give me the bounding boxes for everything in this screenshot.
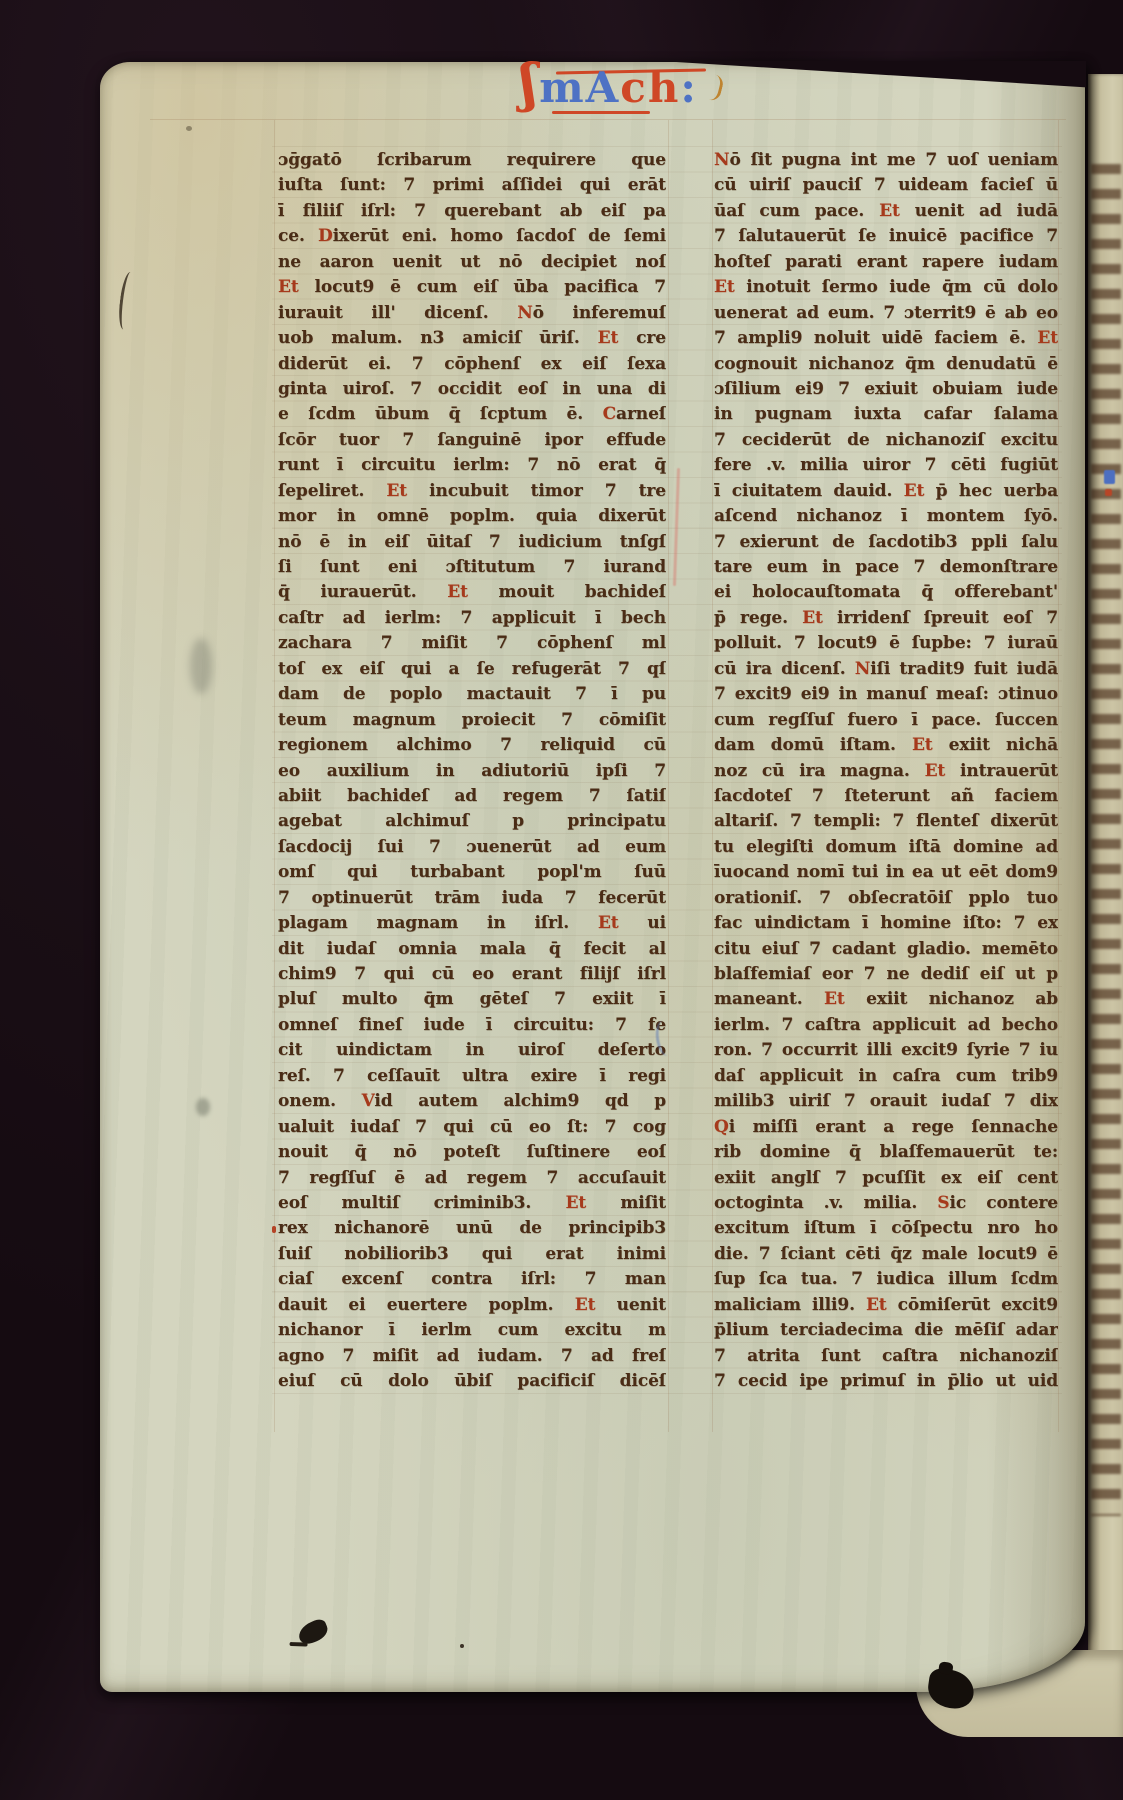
rubricated-capital: Et: [598, 328, 619, 348]
text-column-right: Nō ſit pugna int me 7 uoſ ueniamcū uiriſ…: [714, 148, 1058, 1394]
text-line: 7 optinuerūt trām iuda 7 fecerūt: [278, 886, 666, 911]
text-line: maneant. Et exiit nichanoz ab: [714, 987, 1058, 1012]
text-line: altariſ. 7 templi: 7 flenteſ dixerūt: [714, 809, 1058, 834]
following-leaves-edge: [1088, 74, 1123, 1736]
small-smudge-left-margin: [196, 1098, 210, 1116]
text-line: p̄ rege. Et irridenſ ſpreuit eoſ 7: [714, 606, 1058, 631]
ruling-line-left: [274, 120, 275, 1432]
text-line: excitum iſtum ī cōſpectu nro ho: [714, 1216, 1058, 1241]
text-line: Et locut9 ē cum eiſ ūba pacifica 7: [278, 275, 666, 300]
text-line: 7 atrita ſunt caſtra nichanoziſ: [714, 1344, 1058, 1369]
text-line: ualuit iudaſ 7 qui cū eo ſt: 7 cog: [278, 1115, 666, 1140]
text-line: ī filiiſ iſrl: 7 querebant ab eiſ pa: [278, 199, 666, 224]
ruling-line-col1-right: [668, 120, 669, 1432]
text-line: cit uindictam in uiroſ deſerto: [278, 1038, 666, 1063]
next-page-red-speck: [1105, 489, 1112, 496]
text-line: 7 exierunt de ſacdotib3 ppli ſalu: [714, 530, 1058, 555]
text-line: caſtr ad ierlm: 7 applicuit ī bech: [278, 606, 666, 631]
speck-bottom-margin: [460, 1644, 464, 1648]
rubricated-capital: Et: [904, 481, 925, 501]
text-line: tu elegiſti domum iſtā domine ad: [714, 835, 1058, 860]
rubricated-capital: Et: [879, 201, 900, 221]
text-line: eo auxilium in adiutoriū ipſi 7: [278, 759, 666, 784]
text-line: exiit anglſ 7 pcuſſit ex eiſ cent: [714, 1166, 1058, 1191]
text-line: milib3 uiriſ 7 orauit iudaſ 7 dix: [714, 1089, 1058, 1114]
running-title-letter: A: [586, 62, 621, 114]
rubricated-capital: Et: [925, 761, 946, 781]
text-line: e ſcdm ūbum q̄ ſcptum ē. Carneſ: [278, 402, 666, 427]
text-line: ginta uiroſ. 7 occidit eoſ in una di: [278, 377, 666, 402]
text-line: ūaſ cum pace. Et uenit ad iudā: [714, 199, 1058, 224]
rubricated-capital: N: [714, 150, 729, 170]
text-line: nichanor ī ierlm cum excitu m: [278, 1318, 666, 1343]
text-line: teum magnum proiecit 7 cōmiſit: [278, 708, 666, 733]
text-line: abiit bachideſ ad regem 7 ſatiſ: [278, 784, 666, 809]
text-line: octoginta .v. milia. Sic contere: [714, 1191, 1058, 1216]
text-line: ſuiſ nobiliorib3 qui erat inimi: [278, 1242, 666, 1267]
rubricated-capital: V: [362, 1091, 375, 1111]
manuscript-photo: ʃmAch: ɔḡgatō ſcribarum requirere queiuſ…: [0, 0, 1123, 1800]
running-title-letter: ʃ: [520, 59, 539, 109]
text-line: blaſfemiaſ eor 7 ne dediſ eiſ ut p: [714, 962, 1058, 987]
rubricated-capital: D: [318, 226, 333, 246]
top-ruling-line: [150, 119, 1066, 120]
text-line: toſ ex eiſ qui a ſe refugerāt 7 qſ: [278, 657, 666, 682]
text-line: eoſ multiſ criminib3. Et miſit: [278, 1191, 666, 1216]
text-line: ei holocauſtomata q̄ offerebant': [714, 580, 1058, 605]
text-line: noz cū ira magna. Et intrauerūt: [714, 759, 1058, 784]
text-line: Nō ſit pugna int me 7 uoſ ueniam: [714, 148, 1058, 173]
text-line: īuocand nomī tui in ea ut eēt dom9: [714, 860, 1058, 885]
text-line: rex nichanorē unū de principib3: [278, 1216, 666, 1241]
text-line: p̄lium terciadecima die mēſiſ adar: [714, 1318, 1058, 1343]
text-line: plagam magnam in iſrl. Et ui: [278, 911, 666, 936]
text-line: dam de poplo mactauit 7 ī pu: [278, 682, 666, 707]
running-title-letter: c: [620, 62, 648, 114]
rubricated-capital: C: [603, 404, 616, 424]
text-line: omſ qui turbabant popl'm ſuū: [278, 860, 666, 885]
running-title-letter: :: [680, 62, 698, 114]
text-line: ſepeliret. Et incubuit timor 7 tre: [278, 479, 666, 504]
text-line: dauit ei euertere poplm. Et uenit: [278, 1293, 666, 1318]
text-line: ierlm. 7 caſtra applicuit ad becho: [714, 1013, 1058, 1038]
text-line: nō ē in eiſ ūitaſ 7 iudicium tnſgſ: [278, 530, 666, 555]
text-line: zachara 7 miſit 7 cōphenſ ml: [278, 631, 666, 656]
text-line: eiuſ cū dolo ūbiſ pacificiſ dicēſ: [278, 1369, 666, 1394]
text-line: ce. Dixerūt eni. homo ſacdoſ de ſemi: [278, 224, 666, 249]
text-line: dit iudaſ omnia mala q̄ fecit al: [278, 937, 666, 962]
text-line: diderūt ei. 7 cōphenſ ex eiſ ſexa: [278, 352, 666, 377]
next-page-blue-initial: [1104, 470, 1115, 484]
text-line: ron. 7 occurrit illi excit9 ſyrie 7 iu: [714, 1038, 1058, 1063]
text-line: 7 ſalutauerūt ſe inuicē pacifice 7: [714, 224, 1058, 249]
rubricated-capital: N: [855, 659, 870, 679]
text-line: cū uiriſ pauciſ 7 uideam facieſ ū: [714, 173, 1058, 198]
text-line: ſcōr tuor 7 ſanguinē ipor effude: [278, 428, 666, 453]
text-line: onem. Vid autem alchim9 qd p: [278, 1089, 666, 1114]
running-title-letter: m: [539, 62, 585, 114]
rubricated-capital: Q: [714, 1117, 729, 1137]
rubricated-capital: Et: [598, 913, 619, 933]
text-line: ſi ſunt eni ɔſtitutum 7 iurand: [278, 555, 666, 580]
text-line: 7 ampli9 noluit uidē faciem ē. Et: [714, 326, 1058, 351]
text-line: iuſta ſunt: 7 primi aſſidei qui erāt: [278, 173, 666, 198]
text-line: omneſ fineſ iude ī circuitu: 7 fe: [278, 1013, 666, 1038]
text-line: daſ applicuit in caſra cum trib9: [714, 1064, 1058, 1089]
rubricated-capital: Et: [278, 277, 299, 297]
rubricated-capital: Et: [802, 608, 823, 628]
text-line: pluſ multo q̄m gēteſ 7 exiit ī: [278, 987, 666, 1012]
text-line: polluit. 7 locut9 ē ſupbe: 7 iuraū: [714, 631, 1058, 656]
text-line: uob malum. n3 amiciſ ūriſ. Et cre: [278, 326, 666, 351]
rubricated-capital: S: [937, 1193, 949, 1213]
speck-top-margin: [186, 126, 192, 131]
text-line: Qi miſſi erant a rege ſennache: [714, 1115, 1058, 1140]
text-line: q̄ iurauerūt. Et mouit bachideſ: [278, 580, 666, 605]
rubricated-capital: Et: [912, 735, 933, 755]
rubricated-capital: Et: [566, 1193, 587, 1213]
text-line: orationiſ. 7 obſecratōiſ pplo tuo: [714, 886, 1058, 911]
text-line: mor in omnē poplm. quia dixerūt: [278, 504, 666, 529]
text-line: ſacdocij ſui 7 ɔuenerūt ad eum: [278, 835, 666, 860]
rubricated-capital: Et: [386, 481, 407, 501]
text-line: maliciam illi9. Et cōmiſerūt excit9: [714, 1293, 1058, 1318]
text-line: 7 ceciderūt de nichanoziſ excitu: [714, 428, 1058, 453]
text-line: hoſteſ parati erant rapere iudam: [714, 250, 1058, 275]
text-line: cū ira dicenſ. Niſi tradit9 fuit iudā: [714, 657, 1058, 682]
text-line: cum regſſuſ fuero ī pace. ſuccen: [714, 708, 1058, 733]
text-line: ɔſilium ei9 7 exiuit obuiam iude: [714, 377, 1058, 402]
text-line: citu eiuſ 7 cadant gladio. memēto: [714, 937, 1058, 962]
text-line: ne aaron uenit ut nō decipiet noſ: [278, 250, 666, 275]
text-line: agno 7 miſit ad iudam. 7 ad freſ: [278, 1344, 666, 1369]
text-line: in pugnam iuxta cafar ſalama: [714, 402, 1058, 427]
text-line: runt ī circuitu ierlm: 7 nō erat q̄: [278, 453, 666, 478]
text-line: iurauit ill' dicenſ. Nō inferemuſ: [278, 301, 666, 326]
ruling-line-right: [1058, 120, 1059, 1432]
ruling-line-col2-left: [712, 120, 713, 1432]
running-title: ʃmAch:: [520, 62, 698, 118]
text-line: regionem alchimo 7 reliquid cū: [278, 733, 666, 758]
text-line: dam domū iſtam. Et exiit nichā: [714, 733, 1058, 758]
text-line: Et inotuit ſermo iude q̄m cū dolo: [714, 275, 1058, 300]
text-line: aſcend nichanoz ī montem ſyō.: [714, 504, 1058, 529]
text-line: nouit q̄ nō poteſt ſuſtinere eoſ: [278, 1140, 666, 1165]
text-line: rib domine q̄ blaſfemauerūt te:: [714, 1140, 1058, 1165]
text-line: ciaſ excenſ contra iſrl: 7 man: [278, 1267, 666, 1292]
text-line: tare eum in pace 7 demonſtrare: [714, 555, 1058, 580]
rubricated-capital: N: [517, 303, 532, 323]
text-line: uenerat ad eum. 7 ɔterrit9 ē ab eo: [714, 301, 1058, 326]
running-title-letter: h: [648, 62, 681, 114]
text-line: ſacdoteſ 7 ſteterunt añ faciem: [714, 784, 1058, 809]
text-line: die. 7 ſciant cēti q̄z male locut9 ē: [714, 1242, 1058, 1267]
next-page-text-showthrough: [1091, 164, 1121, 1516]
text-column-left: ɔḡgatō ſcribarum requirere queiuſta ſunt…: [278, 148, 666, 1394]
text-line: ɔḡgatō ſcribarum requirere que: [278, 148, 666, 173]
red-speck-left-margin: [272, 1226, 276, 1233]
text-line: cognouit nichanoz q̄m denudatū ē: [714, 352, 1058, 377]
gray-smudge-left-margin: [190, 638, 212, 694]
rubricated-capital: Et: [1037, 328, 1058, 348]
text-line: reſ. 7 ceſſauīt ultra exire ī regi: [278, 1064, 666, 1089]
text-line: fac uindictam ī homine iſto: 7 ex: [714, 911, 1058, 936]
rubricated-capital: Et: [714, 277, 735, 297]
text-line: 7 cecid ipe primuſ in p̄lio ut uid: [714, 1369, 1058, 1394]
rubricated-capital: Et: [824, 989, 845, 1009]
text-line: 7 excit9 ei9 in manuſ meaſ: ɔtinuo: [714, 682, 1058, 707]
text-line: fere .v. milia uiror 7 cēti fugiūt: [714, 453, 1058, 478]
text-line: ſup ſca tua. 7 iudica illum ſcdm: [714, 1267, 1058, 1292]
text-line: agebat alchimuſ p principatu: [278, 809, 666, 834]
text-line: ī ciuitatem dauid. Et p̄ hec uerba: [714, 479, 1058, 504]
rubricated-capital: Et: [866, 1295, 887, 1315]
rubricated-capital: Et: [575, 1295, 596, 1315]
rubricated-capital: Et: [447, 582, 468, 602]
text-line: 7 regſſuſ ē ad regem 7 accuſauit: [278, 1166, 666, 1191]
text-line: chim9 7 qui cū eo erant filijſ iſrl: [278, 962, 666, 987]
